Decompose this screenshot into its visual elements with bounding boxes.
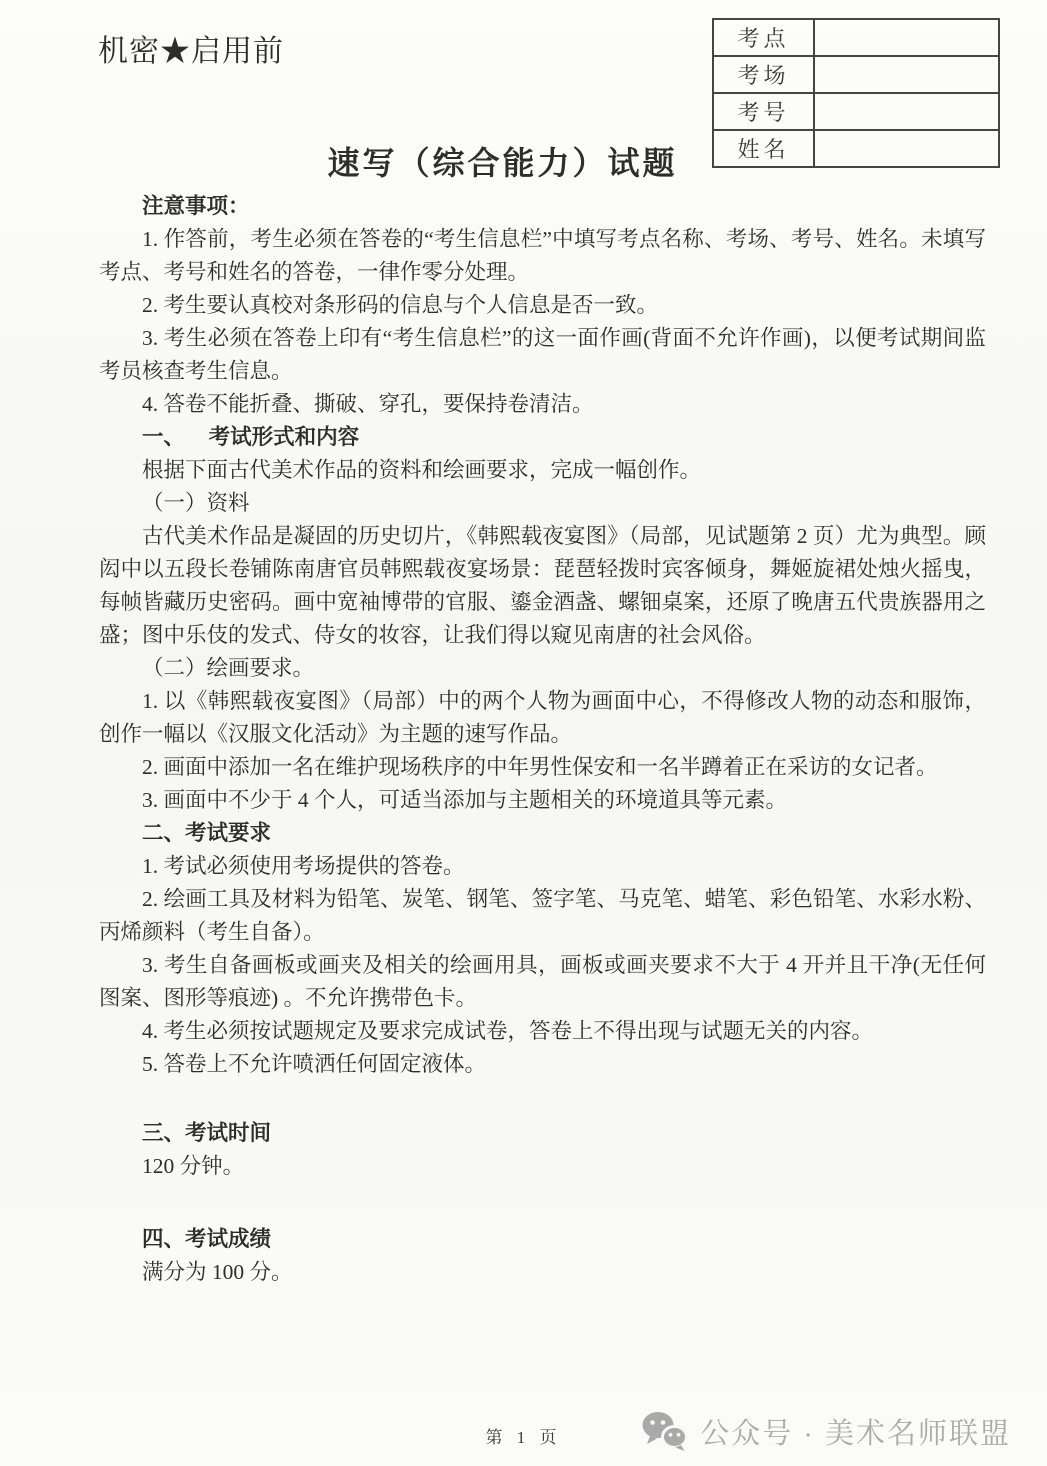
row-label-exam-number: 考号: [713, 93, 814, 130]
table-row: 考号: [713, 93, 999, 130]
section-number: 一、: [142, 425, 185, 449]
paragraph: 1. 考试必须使用考场提供的答卷。: [99, 850, 986, 883]
row-label-exam-room: 考场: [713, 56, 814, 93]
notice-heading: 注意事项：: [99, 190, 986, 223]
wechat-watermark: 公众号 · 美术名师联盟: [640, 1410, 1011, 1452]
wechat-icon: [640, 1410, 688, 1452]
notice-item: 4. 答卷不能折叠、撕破、穿孔，要保持卷清洁。: [99, 388, 986, 421]
row-label-exam-site: 考点: [713, 19, 814, 56]
row-value-exam-number: [814, 93, 999, 130]
exam-paper-page: 机密★启用前 考点 考场 考号 姓名 速写（综合能力）试题 注意事项： 1. 作…: [0, 0, 1047, 1466]
notice-item: 1. 作答前，考生必须在答卷的“考生信息栏”中填写考点名称、考场、考号、姓名。未…: [99, 223, 986, 289]
paragraph: 120 分钟。: [99, 1150, 986, 1183]
paragraph: 4. 考生必须按试题规定及要求完成试卷，答卷上不得出现与试题无关的内容。: [99, 1015, 986, 1048]
section-title: 考试成绩: [185, 1227, 271, 1251]
paragraph: 3. 画面中不少于 4 个人，可适当添加与主题相关的环境道具等元素。: [99, 784, 986, 817]
document-body: 注意事项： 1. 作答前，考生必须在答卷的“考生信息栏”中填写考点名称、考场、考…: [99, 190, 986, 1289]
page-title: 速写（综合能力）试题: [0, 138, 1005, 184]
section-title: 考试时间: [185, 1121, 271, 1145]
notice-item: 3. 考生必须在答卷上印有“考生信息栏”的这一面作画(背面不允许作画)，以便考试…: [99, 322, 986, 388]
row-value-exam-room: [814, 56, 999, 93]
row-value-exam-site: [814, 19, 999, 56]
paragraph: 2. 绘画工具及材料为铅笔、炭笔、钢笔、签字笔、马克笔、蜡笔、彩色铅笔、水彩水粉…: [99, 883, 986, 949]
notice-item: 2. 考生要认真校对条形码的信息与个人信息是否一致。: [99, 289, 986, 322]
paragraph: 5. 答卷上不允许喷洒任何固定液体。: [99, 1048, 986, 1081]
table-row: 考场: [713, 56, 999, 93]
section-number: 二、: [142, 821, 185, 845]
paragraph: 根据下面古代美术作品的资料和绘画要求，完成一幅创作。: [99, 454, 986, 487]
paragraph: 3. 考生自备画板或画夹及相关的绘画用具，画板或画夹要求不大于 4 开并且干净(…: [99, 949, 986, 1015]
paragraph: 古代美术作品是凝固的历史切片，《韩熙载夜宴图》（局部，见试题第 2 页）尤为典型…: [99, 520, 986, 652]
watermark-text: 公众号 · 美术名师联盟: [700, 1411, 1011, 1452]
paragraph: （一）资料: [99, 487, 986, 520]
section-title: 考试形式和内容: [209, 425, 360, 449]
paragraph: （二）绘画要求。: [99, 652, 986, 685]
paragraph: 1. 以《韩熙载夜宴图》（局部）中的两个人物为画面中心，不得修改人物的动态和服饰…: [99, 685, 986, 751]
classification-label: 机密★启用前: [98, 26, 284, 70]
section-number: 三、: [142, 1121, 185, 1145]
paragraph: 满分为 100 分。: [99, 1256, 986, 1289]
paragraph: 2. 画面中添加一名在维护现场秩序的中年男性保安和一名半蹲着正在采访的女记者。: [99, 751, 986, 784]
section-heading-1: 一、考试形式和内容: [99, 421, 986, 454]
section-heading-3: 三、考试时间: [99, 1117, 986, 1150]
table-row: 考点: [713, 19, 999, 56]
section-heading-4: 四、考试成绩: [99, 1223, 986, 1256]
section-title: 考试要求: [185, 821, 271, 845]
section-number: 四、: [142, 1227, 185, 1251]
section-heading-2: 二、考试要求: [99, 817, 986, 850]
